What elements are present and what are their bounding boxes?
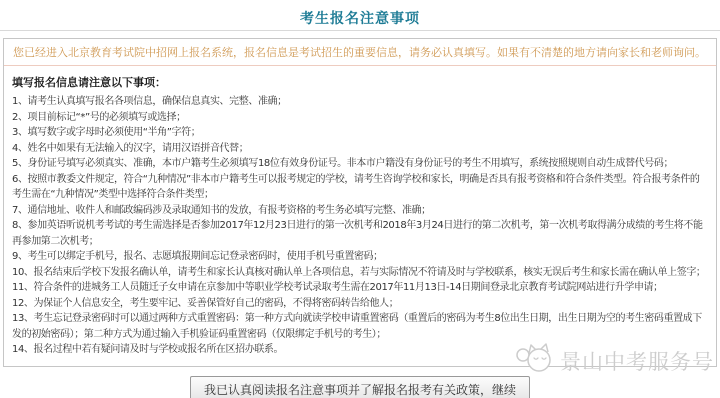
registration-notice-panel: 您已经进入北京教育考试院中招网上报名系统，报名信息是考试招生的重要信息，请务必认… bbox=[3, 38, 717, 367]
instruction-item-4: 4、姓名中如果有无法输入的汉字，请用汉语拼音代替； bbox=[12, 141, 709, 157]
page-title: 考生报名注意事项 bbox=[0, 0, 720, 30]
instruction-item-13: 13、考生忘记登录密码时可以通过两种方式重置密码：第一种方式向就读学校申请重置密… bbox=[12, 311, 709, 342]
instruction-item-7: 7、通信地址、收件人和邮政编码涉及录取通知书的发放，有报考资格的考生务必填写完整… bbox=[12, 203, 709, 219]
continue-button[interactable]: 我已认真阅读报名注意事项并了解报名报考有关政策，继续 bbox=[190, 376, 530, 398]
instruction-item-1: 1、请考生认真填写报名各项信息，确保信息真实、完整、准确； bbox=[12, 94, 709, 110]
instruction-list: 填写报名信息请注意以下事项： 1、请考生认真填写报名各项信息，确保信息真实、完整… bbox=[4, 66, 716, 366]
title-divider bbox=[0, 30, 720, 31]
instruction-item-5: 5、身份证号填写必须真实、准确，本市户籍考生必须填写18位有效身份证号。非本市户… bbox=[12, 156, 709, 172]
instruction-item-3: 3、填写数字或字母时必须使用“半角”字符； bbox=[12, 125, 709, 141]
instruction-item-2: 2、项目前标记“*”号的必须填写或选择； bbox=[12, 110, 709, 126]
instruction-item-6: 6、按照市教委文件规定，符合“九种情况”非本市户籍考生可以报考规定的学校，请考生… bbox=[12, 172, 709, 203]
footer-action-row: 我已认真阅读报名注意事项并了解报名报考有关政策，继续 bbox=[0, 376, 720, 398]
instruction-item-9: 9、考生可以绑定手机号，报名、志愿填报期间忘记登录密码时，使用手机号重置密码； bbox=[12, 249, 709, 265]
instruction-item-8: 8、参加英语听说机考考试的考生需选择是否参加2017年12月23日进行的第一次机… bbox=[12, 218, 709, 249]
instruction-item-12: 12、为保证个人信息安全，考生要牢记、妥善保管好自己的密码，不得将密码转告给他人… bbox=[12, 296, 709, 312]
system-entry-notice: 您已经进入北京教育考试院中招网上报名系统，报名信息是考试招生的重要信息，请务必认… bbox=[4, 39, 716, 66]
instruction-list-heading: 填写报名信息请注意以下事项： bbox=[12, 75, 709, 91]
instruction-item-10: 10、报名结束后学校下发报名确认单，请考生和家长认真核对确认单上各项信息，若与实… bbox=[12, 265, 709, 281]
instruction-item-14: 14、报名过程中若有疑问请及时与学校或报名所在区招办联系。 bbox=[12, 342, 709, 358]
instruction-item-11: 11、符合条件的进城务工人员随迁子女申请在京参加中等职业学校考试录取考生需在20… bbox=[12, 280, 709, 296]
